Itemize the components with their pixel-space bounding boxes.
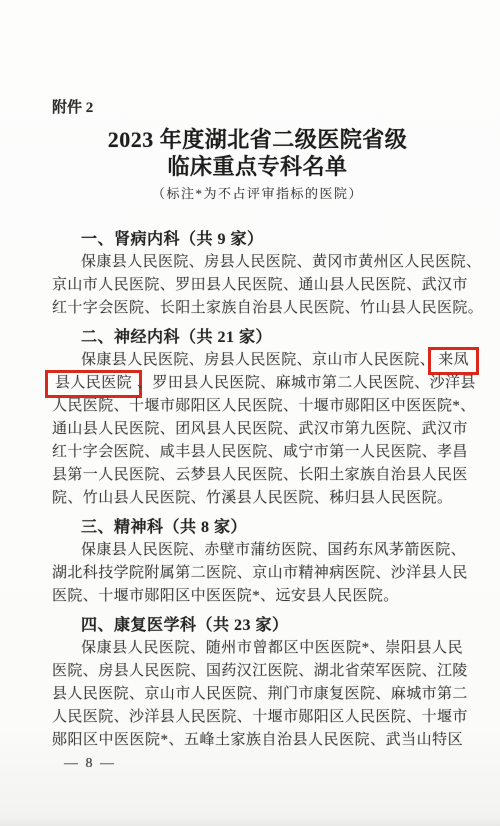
text-line: 县第一人民医院、云梦县人民医院、长阳土家族自治县人民医 [52, 464, 463, 487]
text-line: 京山市人民医院、罗田县人民医院、通山县人民医院、武汉市 [52, 274, 463, 297]
text-segment: 县第一人民医院、云梦县人民医院、长阳土家族自治县人民医 [52, 467, 468, 483]
text-line: 医院、房县人民医院、国药汉江医院、湖北省荣军医院、江陵 [52, 660, 463, 683]
page-number: — 8 — [64, 756, 463, 772]
document-title: 2023 年度湖北省二级医院省级临床重点专科名单 [52, 126, 463, 180]
section: 三、精神科（共 8 家）保康县人民医院、赤壁市蒲纺医院、国药东风茅箭医院、湖北科… [52, 516, 463, 608]
text-segment: 红十字会医院、长阳土家族自治县人民医院、竹山县人民医院。 [52, 300, 483, 316]
text-line: 红十字会医院、长阳土家族自治县人民医院、竹山县人民医院。 [52, 297, 463, 320]
text-segment: 保康县人民医院、赤壁市蒲纺医院、国药东风茅箭医院、 [81, 542, 466, 558]
text-line: 郧阳区中医医院*、五峰土家族自治县人民医院、武当山特区 [52, 729, 463, 752]
text-line: 医院、十堰市郧阳区中医医院*、远安县人民医院。 [52, 585, 463, 608]
text-line: 县人民医院、京山市人民医院、荆门市康复医院、麻城市第二 [52, 683, 463, 706]
attachment-label: 附件 2 [52, 98, 463, 118]
text-segment: 人民医院、沙洋县人民医院、十堰市郧阳区人民医院、十堰市 [52, 709, 468, 725]
text-line: 县人民医院、罗田县人民医院、麻城市第二人民医院、沙洋县 [52, 372, 463, 395]
text-segment: 医院、十堰市郧阳区中医医院*、远安县人民医院。 [52, 588, 399, 604]
text-segment: 保康县人民医院、房县人民医院、黄冈市黄州区人民医院、 [81, 254, 481, 270]
text-segment: 京山市人民医院、罗田县人民医院、通山县人民医院、武汉市 [52, 277, 468, 293]
text-line: 院、竹山县人民医院、竹溪县人民医院、秭归县人民医院。 [52, 487, 463, 510]
text-line: 通山县人民医院、团风县人民医院、武汉市第九医院、武汉市 [52, 418, 463, 441]
title-line-2: 临床重点专科名单 [167, 154, 347, 179]
title-line-1: 2023 年度湖北省二级医院省级 [108, 127, 408, 152]
section: 二、神经内科（共 21 家）保康县人民医院、房县人民医院、京山市人民医院、来凤县… [52, 326, 463, 510]
document-subtitle: （标注*为不占评审指标的医院） [52, 184, 463, 204]
text-line: 湖北科技学院附属第二医院、京山市精神病医院、沙洋县人民 [52, 562, 463, 585]
text-line: 红十字会医院、咸丰县人民医院、咸宁市第一人民医院、孝昌 [52, 441, 463, 464]
text-segment: 通山县人民医院、团风县人民医院、武汉市第九医院、武汉市 [52, 421, 468, 437]
text-line: 保康县人民医院、房县人民医院、京山市人民医院、来凤 [52, 349, 463, 372]
document-page: 附件 2 2023 年度湖北省二级医院省级临床重点专科名单 （标注*为不占评审指… [0, 0, 500, 826]
text-segment: 院、竹山县人民医院、竹溪县人民医院、秭归县人民医院。 [52, 490, 452, 506]
section-heading: 二、神经内科（共 21 家） [52, 326, 463, 349]
text-line: 人民医院、沙洋县人民医院、十堰市郧阳区人民医院、十堰市 [52, 706, 463, 729]
text-line: 保康县人民医院、房县人民医院、黄冈市黄州区人民医院、 [52, 251, 463, 274]
text-segment: 郧阳区中医医院*、五峰土家族自治县人民医院、武当山特区 [52, 732, 463, 748]
highlight-box: 来凤 [428, 347, 479, 375]
text-segment: 保康县人民医院、随州市曾都区中医医院*、崇阳县人民 [81, 640, 463, 656]
text-segment: 保康县人民医院、房县人民医院、京山市人民医院、 [81, 352, 435, 368]
text-line: 人民医院、十堰市郧阳区人民医院、十堰市郧阳区中医医院*、 [52, 395, 463, 418]
highlight-box: 县人民医院 [45, 370, 142, 398]
text-segment: 人民医院、十堰市郧阳区人民医院、十堰市郧阳区中医医院*、 [52, 398, 476, 414]
text-segment: 县人民医院、京山市人民医院、荆门市康复医院、麻城市第二 [52, 686, 468, 702]
text-line: 保康县人民医院、随州市曾都区中医医院*、崇阳县人民 [52, 637, 463, 660]
section: 一、肾病内科（共 9 家）保康县人民医院、房县人民医院、黄冈市黄州区人民医院、京… [52, 228, 463, 320]
section-heading: 三、精神科（共 8 家） [52, 516, 463, 539]
text-segment: 医院、房县人民医院、国药汉江医院、湖北省荣军医院、江陵 [52, 663, 468, 679]
sections: 一、肾病内科（共 9 家）保康县人民医院、房县人民医院、黄冈市黄州区人民医院、京… [52, 228, 463, 752]
text-segment: 红十字会医院、咸丰县人民医院、咸宁市第一人民医院、孝昌 [52, 444, 468, 460]
text-line: 保康县人民医院、赤壁市蒲纺医院、国药东风茅箭医院、 [52, 539, 463, 562]
section: 四、康复医学科（共 23 家）保康县人民医院、随州市曾都区中医医院*、崇阳县人民… [52, 614, 463, 752]
text-segment: 、罗田县人民医院、麻城市第二人民医院、沙洋县 [137, 375, 476, 391]
section-heading: 四、康复医学科（共 23 家） [52, 614, 463, 637]
text-segment: 湖北科技学院附属第二医院、京山市精神病医院、沙洋县人民 [52, 565, 468, 581]
section-heading: 一、肾病内科（共 9 家） [52, 228, 463, 251]
